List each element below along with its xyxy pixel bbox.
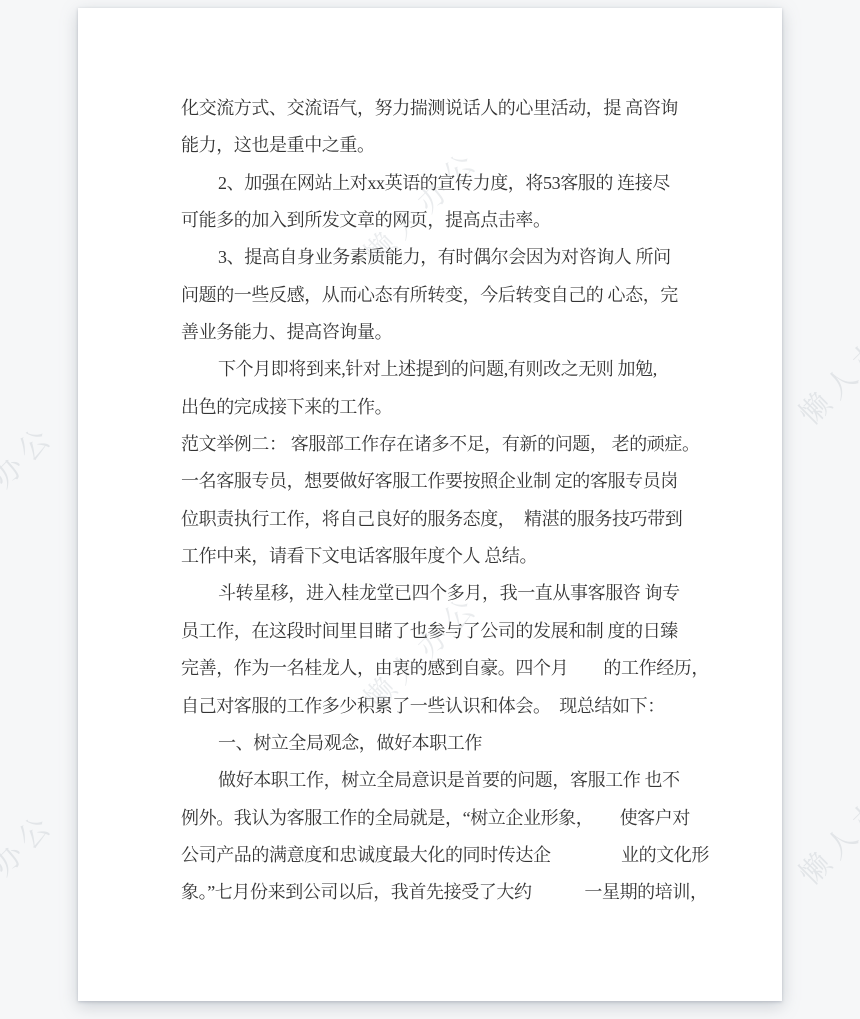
- document-line: 范文举例二： 客服部工作存在诸多不足，有新的问题， 老的顽症。: [181, 426, 741, 463]
- document-line: 例外。我认为客服工作的全局就是，“树立企业形象， 使客户对: [181, 800, 741, 837]
- watermark-text: 懒人办公: [0, 800, 63, 936]
- document-line: 做好本职工作，树立全局意识是首要的问题，客服工作 也不: [181, 762, 741, 799]
- document-line: 完善，作为一名桂龙人，由衷的感到自豪。四个月 的工作经历，: [181, 650, 741, 687]
- document-line: 下个月即将到来,针对上述提到的问题,有则改之无则 加勉,: [181, 351, 741, 388]
- document-line: 善业务能力、提高咨询量。: [181, 314, 741, 351]
- document-line: 能力，这也是重中之重。: [181, 127, 741, 164]
- document-line: 自己对客服的工作多少积累了一些认识和体会。 现总结如下：: [181, 688, 741, 725]
- document-page: 化交流方式、交流语气，努力揣测说话人的心里活动，提 高咨询能力，这也是重中之重。…: [78, 8, 782, 1001]
- document-line: 可能多的加入到所发文章的网页，提高点击率。: [181, 202, 741, 239]
- document-line: 问题的一些反感，从而心态有所转变，今后转变自己的 心态，完: [181, 277, 741, 314]
- document-line: 员工作，在这段时间里目睹了也参与了公司的发展和制 度的日臻: [181, 613, 741, 650]
- document-text: 化交流方式、交流语气，努力揣测说话人的心里活动，提 高咨询能力，这也是重中之重。…: [181, 90, 741, 912]
- watermark-text: 懒人办公: [787, 757, 860, 893]
- document-line: 公司产品的满意度和忠诚度最大化的同时传达企 业的文化形: [181, 837, 741, 874]
- document-line: 象。”七月份来到公司以后，我首先接受了大约 一星期的培训，: [181, 874, 741, 911]
- document-line: 位职责执行工作，将自己良好的服务态度， 精湛的服务技巧带到: [181, 501, 741, 538]
- document-line: 2、加强在网站上对xx英语的宣传力度，将53客服的 连接尽: [181, 165, 741, 202]
- watermark-text: 懒人办公: [787, 297, 860, 433]
- document-line: 一名客服专员，想要做好客服工作要按照企业制 定的客服专员岗: [181, 463, 741, 500]
- document-line: 3、提高自身业务素质能力，有时偶尔会因为对咨询人 所问: [181, 239, 741, 276]
- document-line: 化交流方式、交流语气，努力揣测说话人的心里活动，提 高咨询: [181, 90, 741, 127]
- document-line: 斗转星移，进入桂龙堂已四个多月，我一直从事客服咨 询专: [181, 575, 741, 612]
- document-line: 一、树立全局观念，做好本职工作: [181, 725, 741, 762]
- document-line: 出色的完成接下来的工作。: [181, 389, 741, 426]
- watermark-text: 懒人办公: [0, 412, 63, 548]
- document-line: 工作中来，请看下文电话客服年度个人 总结。: [181, 538, 741, 575]
- document-viewer: 化交流方式、交流语气，努力揣测说话人的心里活动，提 高咨询能力，这也是重中之重。…: [0, 0, 860, 1019]
